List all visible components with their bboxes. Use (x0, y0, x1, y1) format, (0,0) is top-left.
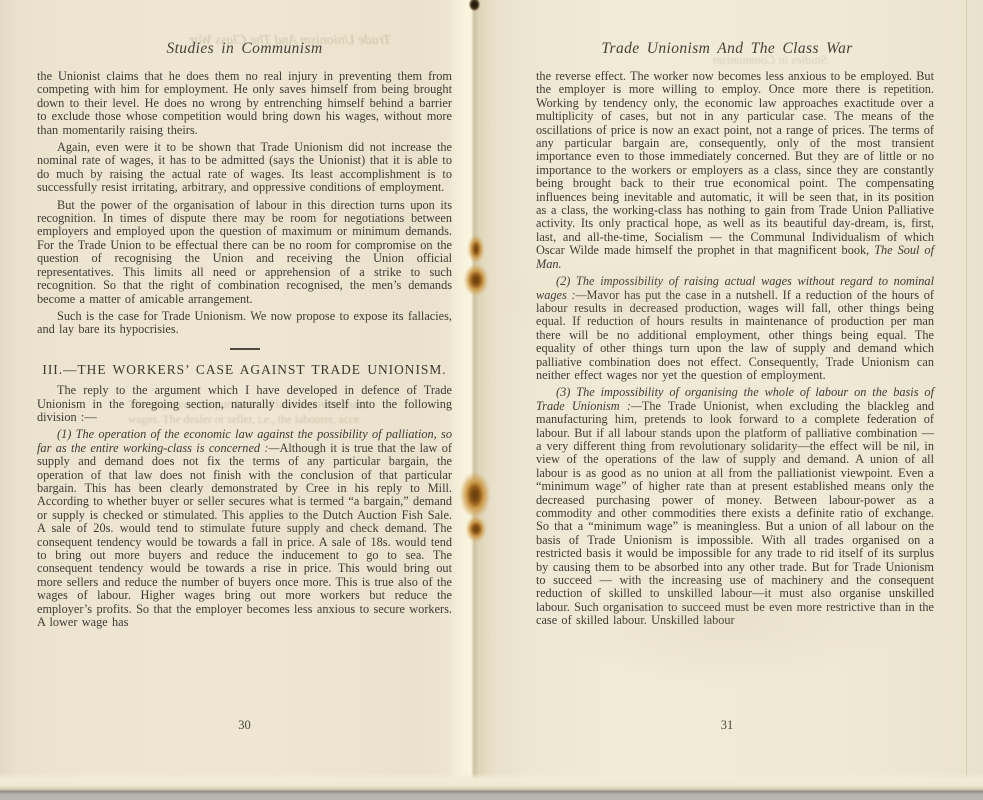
paragraph: (3) The impossibility of organising the … (536, 386, 934, 627)
book-scan: Trade Unionism And The Class War Studies… (0, 0, 983, 800)
left-page-number: 30 (37, 718, 452, 733)
scanner-bed (0, 791, 983, 800)
section-heading: III.—THE WORKERS’ CASE AGAINST TRADE UNI… (37, 363, 452, 376)
paragraph: the Unionist claims that he does them no… (37, 70, 452, 137)
paragraph: (2) The impossibility of raising actual … (536, 275, 934, 382)
right-running-head: Trade Unionism And The Class War (528, 40, 926, 58)
gutter-stain (466, 516, 486, 542)
page-bottom-edge (0, 773, 983, 791)
paragraph: Again, even were it to be shown that Tra… (37, 141, 452, 195)
left-page-body: the Unionist claims that he does them no… (37, 70, 452, 633)
gutter-stain (464, 264, 488, 296)
section-divider (230, 348, 260, 350)
paragraph: the reverse effect. The worker now becom… (536, 70, 934, 271)
paragraph: The reply to the argument which I have d… (37, 384, 452, 424)
right-page-number: 31 (528, 718, 926, 733)
right-page-body: the reverse effect. The worker now becom… (536, 70, 934, 632)
right-page-edge (966, 0, 967, 791)
paragraph: Such is the case for Trade Unionism. We … (37, 310, 452, 337)
gutter-stain (468, 235, 484, 263)
paragraph: (1) The operation of the economic law ag… (37, 428, 452, 629)
gutter-stain (460, 472, 490, 518)
paragraph: But the power of the organisation of lab… (37, 199, 452, 306)
left-running-head: Studies in Communism (37, 40, 452, 58)
